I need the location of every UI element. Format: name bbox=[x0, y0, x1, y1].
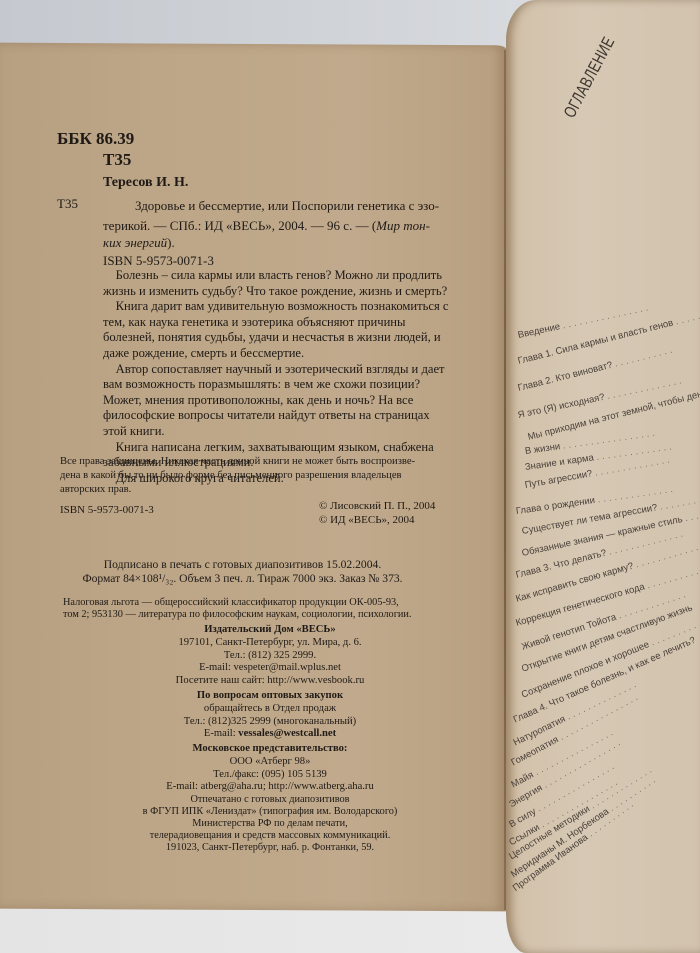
copyright-line: © Лисовский П. П., 2004 bbox=[319, 499, 435, 513]
tax-line: Налоговая льгота — общероссийский класси… bbox=[63, 597, 412, 609]
author-name: Тересов И. Н. bbox=[103, 175, 188, 191]
printer-line: Министерства РФ по делам печати, bbox=[100, 818, 440, 830]
printer-line: в ФГУП ИПК «Лениздат» (типография им. Во… bbox=[100, 806, 440, 818]
copyright-notice: © Лисовский П. П., 2004 © ИД «ВЕСЬ», 200… bbox=[319, 499, 435, 527]
annotation-paragraph: Болезнь – сила кармы или власть генов? М… bbox=[103, 268, 453, 299]
wholesale-contact: обращайтесь в Отдел продаж bbox=[120, 703, 420, 716]
moscow-office-info: Московское представительство: ООО «Атбер… bbox=[120, 743, 420, 794]
publisher-info: Издательский Дом «ВЕСЬ» 197101, Санкт-Пе… bbox=[120, 624, 420, 688]
biblio-text: терикой. — СПб.: ИД «ВЕСЬ», 2004. — 96 с… bbox=[103, 218, 376, 233]
isbn-bottom: ISBN 5-9573-0071-3 bbox=[60, 504, 154, 516]
isbn-top: ISBN 5-9573-0071-3 bbox=[103, 253, 214, 269]
publisher-address: 197101, Санкт-Петербург, ул. Мира, д. 6. bbox=[120, 637, 420, 650]
author-sign-margin: Т35 bbox=[57, 196, 78, 212]
rights-line: авторских прав. bbox=[60, 483, 415, 497]
publisher-site: Посетите наш сайт: http://www.vesbook.ru bbox=[120, 675, 420, 688]
tax-line: том 2; 953130 — литература по философски… bbox=[63, 609, 412, 621]
bibliographic-description: Здоровье и бессмертие, или Поспорили ген… bbox=[103, 196, 439, 253]
publisher-email: E-mail: vespeter@mail.wplus.net bbox=[120, 662, 420, 675]
annotation-paragraph: Автор сопоставляет научный и эзотерическ… bbox=[103, 362, 453, 440]
publisher-name: Издательский Дом «ВЕСЬ» bbox=[120, 624, 420, 637]
copyright-line: © ИД «ВЕСЬ», 2004 bbox=[319, 513, 435, 527]
printer-info: Отпечатано с готовых диапозитивов в ФГУП… bbox=[100, 794, 440, 854]
printer-line: телерадиовещания и средств массовых комм… bbox=[100, 830, 440, 842]
series-title-cont: ких энергий bbox=[103, 235, 167, 250]
printer-line: Отпечатано с готовых диапозитивов bbox=[100, 794, 440, 806]
wholesale-email-line: E-mail: vessales@westcall.net bbox=[120, 728, 420, 741]
biblio-text: ). bbox=[167, 235, 175, 250]
email-label: E-mail: bbox=[204, 728, 238, 739]
tax-note: Налоговая льгота — общероссийский класси… bbox=[63, 597, 412, 622]
imprint-line: Формат 84×108¹/₃₂. Объем 3 печ. л. Тираж… bbox=[75, 572, 410, 586]
publisher-phone: Тел.: (812) 325 2999. bbox=[120, 650, 420, 663]
bbk-author-sign: Т35 bbox=[57, 149, 134, 170]
annotation: Болезнь – сила кармы или власть генов? М… bbox=[103, 268, 453, 486]
moscow-title: Московское представительство: bbox=[120, 743, 420, 756]
bbk-code: ББК 86.39 bbox=[57, 129, 134, 148]
print-imprint: Подписано в печать с готовых диапозитиво… bbox=[75, 558, 410, 585]
bbk-classification: ББК 86.39 Т35 bbox=[57, 128, 134, 170]
series-title: Мир тон- bbox=[376, 218, 430, 233]
wholesale-info: По вопросам оптовых закупок обращайтесь … bbox=[120, 690, 420, 741]
moscow-email: E-mail: atberg@aha.ru; http://www.atberg… bbox=[120, 781, 420, 794]
rights-line: дена в какой бы то ни было форме без пис… bbox=[60, 469, 415, 483]
biblio-line-3: ких энергий). bbox=[103, 233, 439, 253]
printer-line: 191023, Санкт-Петербург, наб. р. Фонтанк… bbox=[100, 842, 440, 854]
imprint-line: Подписано в печать с готовых диапозитиво… bbox=[75, 558, 410, 572]
wholesale-phone: Тел.: (812)325 2999 (многоканальный) bbox=[120, 716, 420, 729]
wholesale-email: vessales@westcall.net bbox=[238, 728, 336, 739]
biblio-line-1: Здоровье и бессмертие, или Поспорили ген… bbox=[103, 196, 439, 216]
annotation-paragraph: Книга дарит вам удивительную возможность… bbox=[103, 299, 453, 361]
wholesale-title: По вопросам оптовых закупок bbox=[120, 690, 420, 703]
moscow-phone: Тел./факс: (095) 105 5139 bbox=[120, 769, 420, 782]
rights-notice: Все права защищены. Никакая часть данной… bbox=[60, 455, 415, 496]
rights-line: Все права защищены. Никакая часть данной… bbox=[60, 455, 415, 469]
moscow-company: ООО «Атберг 98» bbox=[120, 756, 420, 769]
